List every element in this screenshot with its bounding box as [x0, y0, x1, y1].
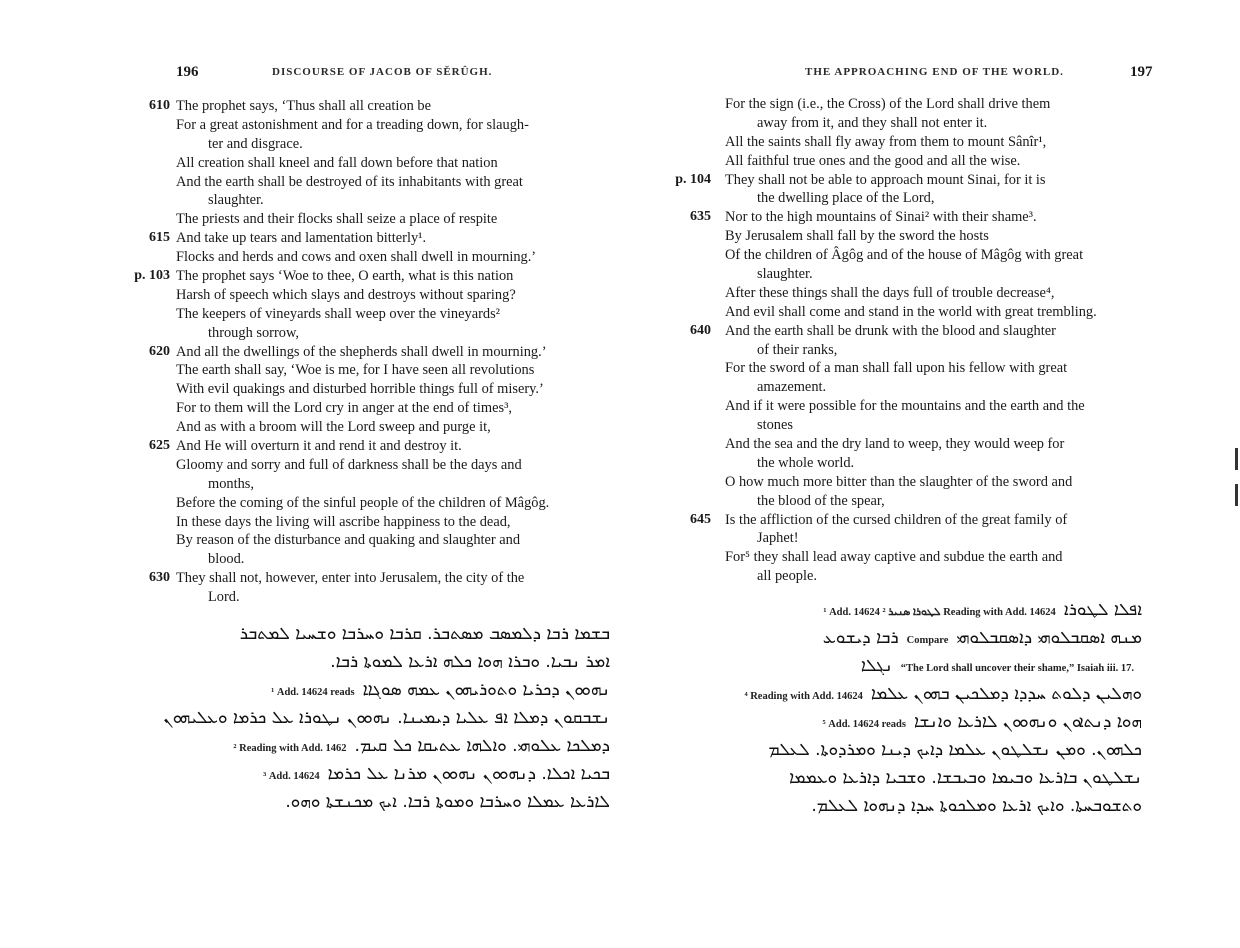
line-number: 640	[671, 322, 711, 341]
verse-text-line: Gloomy and sorry and full of darkness sh…	[176, 457, 522, 473]
verse-line: the whole world.	[725, 454, 1097, 473]
verse-line: 640And the earth shall be drunk with the…	[725, 322, 1097, 341]
verse-text-line: slaughter.	[208, 192, 264, 208]
verse-line: Japhet!	[725, 529, 1097, 548]
verse-text-line: For to them will the Lord cry in anger a…	[176, 400, 512, 416]
verse-text-line: And take up tears and lamentation bitter…	[176, 230, 426, 246]
verse-line: All faithful true ones and the good and …	[725, 152, 1097, 171]
syriac-text: ܘܗܠܝܢ ܕܠܘܬ ܚܕܕܐ ܕܡܠܟܝܢ ܒܗܘܢ ܥܠܡܐ	[871, 684, 1142, 704]
line-number: p. 103	[130, 267, 170, 286]
verse-line: The keepers of vineyards shall weep over…	[176, 305, 549, 324]
verse-line: And as with a broom will the Lord sweep …	[176, 418, 549, 437]
verse-line: O how much more bitter than the slaughte…	[725, 473, 1097, 492]
verse-text-line: slaughter.	[757, 266, 813, 282]
verse-text-line: And the earth shall be destroyed of its …	[176, 174, 523, 190]
footnote-reference: ² Reading with Add. 1462	[225, 743, 354, 754]
verse-text-line: blood.	[208, 551, 244, 567]
footnote-line: ܐܦܠܐ ܠܛܘܪܐ¹ Add. 14624 ܠܛܘܪܐ ܣܢܝܪ ² Read…	[712, 596, 1142, 624]
verse-line: 615And take up tears and lamentation bit…	[176, 229, 549, 248]
verse-line: 645Is the affliction of the cursed child…	[725, 511, 1097, 530]
verse-text-line: And all the dwellings of the shepherds s…	[176, 344, 547, 360]
verse-line: 625And He will overturn it and rend it a…	[176, 437, 549, 456]
syriac-text: ܢܓܠܐ	[861, 656, 893, 676]
verse-text-line: Nor to the high mountains of Sinai² with…	[725, 209, 1037, 225]
footnote-line: ܒܟܝܐ ܐܟܠܐ. ܕܢܗܘܘܢ ܢܗܘܘܢ ܡܪܢܐ ܥܠ ܟܪܡܐ³ Ad…	[178, 760, 610, 788]
verse-line: 630They shall not, however, enter into J…	[176, 569, 549, 588]
verse-line: p. 103The prophet says ‘Woe to thee, O e…	[176, 267, 549, 286]
footnote-reference: ¹ Add. 14624 reads	[263, 687, 362, 698]
verse-line: And the sea and the dry land to weep, th…	[725, 435, 1097, 454]
verse-text-line: And the sea and the dry land to weep, th…	[725, 436, 1064, 452]
verse-line: Before the coming of the sinful people o…	[176, 494, 549, 513]
verse-line: slaughter.	[176, 191, 549, 210]
verse-line: Harsh of speech which slays and destroys…	[176, 286, 549, 305]
running-head: DISCOURSE OF JACOB OF SĔRÛGH.	[272, 66, 492, 78]
verse-line: away from it, and they shall not enter i…	[725, 114, 1097, 133]
verse-line: All the saints shall fly away from them …	[725, 133, 1097, 152]
verse-text-line: By reason of the disturbance and quaking…	[176, 532, 520, 548]
verse-text-line: stones	[757, 417, 793, 433]
verse-text-line: the dwelling place of the Lord,	[757, 190, 934, 206]
verse-text-line: And the earth shall be drunk with the bl…	[725, 323, 1056, 339]
verse-line: For to them will the Lord cry in anger a…	[176, 399, 549, 418]
verse-text-line: And evil shall come and stand in the wor…	[725, 304, 1097, 320]
verse-text-line: And if it were possible for the mountain…	[725, 398, 1085, 414]
footnote-line: ܢܗܘܘܢ ܕܟܪܝܐ ܘܬܘܪܝܗܘܢ ܥܡܗ ܣܘܓܐܐ¹ Add. 146…	[178, 676, 610, 704]
verse-text-line: All creation shall kneel and fall down b…	[176, 155, 498, 171]
verse-text-line: And He will overturn it and rend it and …	[176, 438, 462, 454]
verse-line: Gloomy and sorry and full of darkness sh…	[176, 456, 549, 475]
verse-line: After these things shall the days full o…	[725, 284, 1097, 303]
footnote-line: ܒܫܡܐ ܪܒܐ ܕܠܡܣܒ ܡܣܬܒܪ. ܩܪܒܐ ܘܚܪܒܐ ܘܫܚܝܐ ܠ…	[178, 620, 610, 648]
page-number: 196	[176, 64, 199, 81]
verse-text-line: The earth shall say, ‘Woe is me, for I h…	[176, 362, 534, 378]
verse-text-line: Harsh of speech which slays and destroys…	[176, 287, 516, 303]
verse-text-line: through sorrow,	[208, 325, 299, 341]
line-number: 630	[130, 569, 170, 588]
syriac-text: ܐܦܠܐ ܠܛܘܪܐ	[1064, 600, 1142, 620]
verse-line: stones	[725, 416, 1097, 435]
verse-text: 610The prophet says, ‘Thus shall all cre…	[176, 97, 549, 607]
verse-text-line: amazement.	[757, 379, 826, 395]
footnote-reference: “The Lord shall uncover their shame,” Is…	[893, 663, 1142, 674]
verse-text-line: The keepers of vineyards shall weep over…	[176, 306, 500, 322]
verse-text-line: The priests and their flocks shall seize…	[176, 211, 497, 227]
verse-line: For the sign (i.e., the Cross) of the Lo…	[725, 95, 1097, 114]
running-head: THE APPROACHING END OF THE WORLD.	[805, 66, 1064, 78]
syriac-text: ܢܫܒܩܘܢ ܕܡܠܐ ܐܦ ܥܠܝܐ ܕܝܡܝܢܐ. ܢܗܘܘܢ ܢܛܘܪܐ …	[163, 708, 610, 728]
verse-text-line: All faithful true ones and the good and …	[725, 153, 1020, 169]
footnote-line: ܢܫܠܛܘܢ ܒܐܪܥܐ ܘܒܝܡܐ ܘܒܝܒܫܐ. ܘܫܒܝܐ ܕܐܪܥܐ ܘ…	[712, 764, 1142, 792]
footnote-line: ܘܗܠܝܢ ܕܠܘܬ ܚܕܕܐ ܕܡܠܟܝܢ ܒܗܘܢ ܥܠܡܐ⁴ Readin…	[712, 680, 1142, 708]
verse-text-line: After these things shall the days full o…	[725, 285, 1055, 301]
verse-text-line: the blood of the spear,	[757, 493, 885, 509]
verse-line: slaughter.	[725, 265, 1097, 284]
footnote-line: ܕܡܠܟܐ ܥܠܘܗܝ. ܘܐܠܗܐ ܥܬܝܩܐ ܟܠ ܩܝܡ.² Readin…	[178, 732, 610, 760]
footnote-reference: ⁴ Reading with Add. 14624	[736, 691, 870, 702]
verse-line: Flocks and herds and cows and oxen shall…	[176, 248, 549, 267]
verse-text-line: For⁵ they shall lead away captive and su…	[725, 549, 1062, 565]
verse-text-line: The prophet says, ‘Thus shall all creati…	[176, 98, 431, 114]
verse-text-line: For the sign (i.e., the Cross) of the Lo…	[725, 96, 1050, 112]
line-number: 620	[130, 343, 170, 362]
margin-mark	[1235, 484, 1238, 506]
verse-text-line: For the sword of a man shall fall upon h…	[725, 360, 1067, 376]
verse-text-line: For a great astonishment and for a tread…	[176, 117, 529, 133]
verse-text-line: Is the affliction of the cursed children…	[725, 512, 1067, 528]
verse-text-line: of their ranks,	[757, 342, 837, 358]
footnote-reference: Compare	[899, 635, 957, 646]
verse-text-line: all people.	[757, 568, 817, 584]
verse-line: p. 104They shall not be able to approach…	[725, 171, 1097, 190]
verse-line: months,	[176, 475, 549, 494]
syriac-text: ܟܠܗܘܢ. ܘܡܢ ܢܫܠܛܘܢ ܥܠܡܐ ܕܐܝܟ ܕܝܢܐ ܘܡܪܕܘܬܐ…	[769, 740, 1142, 760]
syriac-text: ܒܟܝܐ ܐܟܠܐ. ܕܢܗܘܘܢ ܢܗܘܘܢ ܡܪܢܐ ܥܠ ܟܪܡܐ	[328, 764, 610, 784]
verse-text-line: Before the coming of the sinful people o…	[176, 495, 549, 511]
line-number: 615	[130, 229, 170, 248]
verse-line: all people.	[725, 567, 1097, 586]
line-number: 625	[130, 437, 170, 456]
verse-text-line: Flocks and herds and cows and oxen shall…	[176, 249, 536, 265]
left-page: 196 DISCOURSE OF JACOB OF SĔRÛGH. 610The…	[0, 0, 620, 948]
verse-text-line: The prophet says ‘Woe to thee, O earth, …	[176, 268, 513, 284]
verse-text-line: Lord.	[208, 589, 240, 605]
verse-line: The earth shall say, ‘Woe is me, for I h…	[176, 361, 549, 380]
syriac-text: ܠܐܪܥܐ ܥܡܠܐ ܘܚܪܒܐ ܘܡܘܬܐ ܪܒܐ. ܐܝܟ ܡܟܢܫܬܐ ܘ…	[285, 792, 610, 812]
syriac-text: ܢܫܠܛܘܢ ܒܐܪܥܐ ܘܒܝܡܐ ܘܒܝܒܫܐ. ܘܫܒܝܐ ܕܐܪܥܐ ܘ…	[789, 768, 1142, 788]
verse-line: And evil shall come and stand in the wor…	[725, 303, 1097, 322]
line-number: 635	[671, 208, 711, 227]
verse-text-line: And as with a broom will the Lord sweep …	[176, 419, 491, 435]
verse-text-line: months,	[208, 476, 254, 492]
syriac-text: ܘܬܫܘܒܚܬܐ. ܘܐܝܟ ܐܪܥܐ ܘܡܠܟܘܬܐ ܚܕܐ ܕܢܗܘܐ ܠܥ…	[811, 796, 1142, 816]
footnote-line: ܗܘܐ ܕܢܬܐܘܢ ܘܢܗܘܘܢ ܠܐܪܥܐ ܘܐܢܫܐ⁵ Add. 1462…	[712, 708, 1142, 736]
verse-line: The priests and their flocks shall seize…	[176, 210, 549, 229]
verse-line: And if it were possible for the mountain…	[725, 397, 1097, 416]
verse-line: In these days the living will ascribe ha…	[176, 513, 549, 532]
syriac-text: ܢܗܘܘܢ ܕܟܪܝܐ ܘܬܘܪܝܗܘܢ ܥܡܗ ܣܘܓܐܐ	[363, 680, 610, 700]
footnote-line: ܐܡܪ ܢܒܝܐ. ܘܒܪܐ ܗܘܐ ܟܠܗ ܐܪܥܐ ܠܡܘܬܐ ܪܒܐ.	[178, 648, 610, 676]
line-number: 645	[671, 511, 711, 530]
syriac-text: ܕܡܠܟܐ ܥܠܘܗܝ. ܘܐܠܗܐ ܥܬܝܩܐ ܟܠ ܩܝܡ.	[355, 736, 610, 756]
verse-line: of their ranks,	[725, 341, 1097, 360]
page-number: 197	[1130, 64, 1153, 81]
line-number: p. 104	[671, 171, 711, 190]
footnote-line: “The Lord shall uncover their shame,” Is…	[712, 652, 1142, 680]
verse-line: For the sword of a man shall fall upon h…	[725, 359, 1097, 378]
syriac-text: ܪܒܐ ܕܝܫܘܥ	[823, 628, 899, 648]
verse-text-line: They shall not, however, enter into Jeru…	[176, 570, 524, 586]
verse-line: amazement.	[725, 378, 1097, 397]
verse-line: For⁵ they shall lead away captive and su…	[725, 548, 1097, 567]
right-page: THE APPROACHING END OF THE WORLD. 197 Fo…	[620, 0, 1240, 948]
footnote-reference: ¹ Add. 14624 ܠܛܘܪܐ ܣܢܝܪ ² Reading with A…	[815, 607, 1064, 618]
footnote-reference: ³ Add. 14624	[255, 771, 328, 782]
verse-line: By Jerusalem shall fall by the sword the…	[725, 227, 1097, 246]
line-number: 610	[130, 97, 170, 116]
verse-text: For the sign (i.e., the Cross) of the Lo…	[725, 95, 1097, 586]
verse-text-line: the whole world.	[757, 455, 854, 471]
verse-line: For a great astonishment and for a tread…	[176, 116, 549, 135]
verse-line: through sorrow,	[176, 324, 549, 343]
syriac-text: ܡܢܗ ܐܣܩܒܠܘܗܝ ܕܐܣܩܒܠܘܗܝ	[956, 628, 1142, 648]
verse-line: All creation shall kneel and fall down b…	[176, 154, 549, 173]
verse-line: Of the children of Âgôg and of the house…	[725, 246, 1097, 265]
footnote-line: ܟܠܗܘܢ. ܘܡܢ ܢܫܠܛܘܢ ܥܠܡܐ ܕܐܝܟ ܕܝܢܐ ܘܡܪܕܘܬܐ…	[712, 736, 1142, 764]
verse-line: Lord.	[176, 588, 549, 607]
footnote-line: ܡܢܗ ܐܣܩܒܠܘܗܝ ܕܐܣܩܒܠܘܗܝCompareܪܒܐ ܕܝܫܘܥ	[712, 624, 1142, 652]
syriac-text: ܒܫܡܐ ܪܒܐ ܕܠܡܣܒ ܡܣܬܒܪ. ܩܪܒܐ ܘܚܪܒܐ ܘܫܚܝܐ ܠ…	[240, 624, 610, 644]
verse-text-line: By Jerusalem shall fall by the sword the…	[725, 228, 989, 244]
verse-line: 635Nor to the high mountains of Sinai² w…	[725, 208, 1097, 227]
verse-line: the blood of the spear,	[725, 492, 1097, 511]
verse-text-line: Japhet!	[757, 530, 799, 546]
verse-text-line: In these days the living will ascribe ha…	[176, 514, 511, 530]
footnote-line: ܘܬܫܘܒܚܬܐ. ܘܐܝܟ ܐܪܥܐ ܘܡܠܟܘܬܐ ܚܕܐ ܕܢܗܘܐ ܠܥ…	[712, 792, 1142, 820]
verse-line: ter and disgrace.	[176, 135, 549, 154]
footnote-line: ܢܫܒܩܘܢ ܕܡܠܐ ܐܦ ܥܠܝܐ ܕܝܡܝܢܐ. ܢܗܘܘܢ ܢܛܘܪܐ …	[178, 704, 610, 732]
verse-text-line: With evil quakings and disturbed horribl…	[176, 381, 544, 397]
syriac-text: ܐܡܪ ܢܒܝܐ. ܘܒܪܐ ܗܘܐ ܟܠܗ ܐܪܥܐ ܠܡܘܬܐ ܪܒܐ.	[330, 652, 610, 672]
footnote-line: ܠܐܪܥܐ ܥܡܠܐ ܘܚܪܒܐ ܘܡܘܬܐ ܪܒܐ. ܐܝܟ ܡܟܢܫܬܐ ܘ…	[178, 788, 610, 816]
verse-text-line: away from it, and they shall not enter i…	[757, 115, 987, 131]
verse-line: And the earth shall be destroyed of its …	[176, 173, 549, 192]
verse-text-line: Of the children of Âgôg and of the house…	[725, 247, 1083, 263]
footnote-reference: ⁵ Add. 14624 reads	[815, 719, 914, 730]
verse-text-line: All the saints shall fly away from them …	[725, 134, 1046, 150]
verse-line: the dwelling place of the Lord,	[725, 189, 1097, 208]
syriac-footnotes: ܐܦܠܐ ܠܛܘܪܐ¹ Add. 14624 ܠܛܘܪܐ ܣܢܝܪ ² Read…	[712, 596, 1142, 820]
syriac-text: ܗܘܐ ܕܢܬܐܘܢ ܘܢܗܘܘܢ ܠܐܪܥܐ ܘܐܢܫܐ	[914, 712, 1142, 732]
syriac-footnotes: ܒܫܡܐ ܪܒܐ ܕܠܡܣܒ ܡܣܬܒܪ. ܩܪܒܐ ܘܚܪܒܐ ܘܫܚܝܐ ܠ…	[178, 620, 610, 816]
verse-text-line: O how much more bitter than the slaughte…	[725, 474, 1072, 490]
margin-mark	[1235, 448, 1238, 470]
verse-text-line: ter and disgrace.	[208, 136, 303, 152]
verse-line: 610The prophet says, ‘Thus shall all cre…	[176, 97, 549, 116]
verse-text-line: They shall not be able to approach mount…	[725, 172, 1046, 188]
verse-line: With evil quakings and disturbed horribl…	[176, 380, 549, 399]
verse-line: blood.	[176, 550, 549, 569]
verse-line: By reason of the disturbance and quaking…	[176, 531, 549, 550]
verse-line: 620And all the dwellings of the shepherd…	[176, 343, 549, 362]
